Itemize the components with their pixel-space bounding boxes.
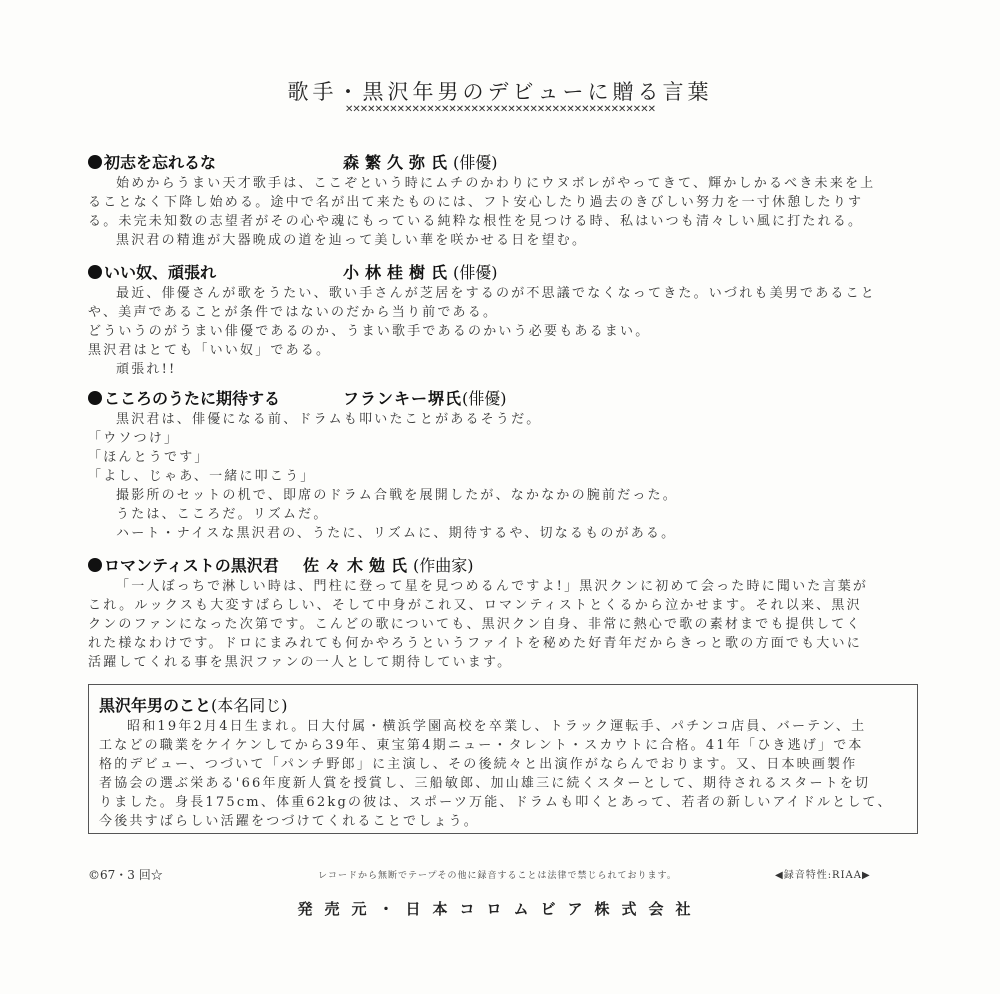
message-section: 初志を忘れるな 森繁久弥氏(俳優) 始めからうまい天才歌手は、ここぞという時にム… [88, 150, 908, 250]
page-title: 歌手・黒沢年男のデビューに贈る言葉 [0, 76, 1000, 106]
decorative-divider: ✕✕✕✕✕✕✕✕✕✕✕✕✕✕✕✕✕✕✕✕✕✕✕✕✕✕✕✕✕✕✕✕✕✕✕✕✕✕✕✕… [300, 104, 700, 115]
body-line: 最近、俳優さんが歌をうたい、歌い手さんが芝居をするのが不思議でなくなってきた。い… [88, 284, 908, 303]
section-heading: ロマンティストの黒沢君 [104, 556, 279, 575]
bullet-icon [88, 155, 102, 169]
body-line: 「よし、じゃあ、一緒に叩こう」 [88, 467, 908, 486]
author-role: (俳優) [453, 263, 498, 282]
body-line: 「一人ぼっちで淋しい時は、門柱に登って星を見つめるんですよ!」黒沢クンに初めて会… [88, 577, 908, 596]
section-heading: 初志を忘れるな [104, 153, 216, 172]
publisher-name: 発売元・日本コロムビア株式会社 [0, 898, 1000, 919]
body-line: りました。身長175cm、体重62kgの彼は、スポーツ万能、ドラムも叩くとあって… [99, 793, 917, 812]
body-line: 黒沢君は、俳優になる前、ドラムも叩いたことがあるそうだ。 [88, 410, 908, 429]
body-line: 工などの職業をケイケンしてから39年、東宝第4期ニュー・タレント・スカウトに合格… [99, 736, 917, 755]
bullet-icon [88, 391, 102, 405]
message-section: いい奴、頑張れ 小林桂樹氏(俳優) 最近、俳優さんが歌をうたい、歌い手さんが芝居… [88, 260, 908, 379]
author-name: 森繁久弥氏 [343, 153, 453, 172]
author-name: フランキー堺氏 [343, 389, 462, 408]
profile-title: 黒沢年男のこと [99, 696, 211, 715]
body-line: ハート・ナイスな黒沢君の、うたに、リズムに、期待するや、切なるものがある。 [88, 524, 908, 543]
author-role: (俳優) [453, 153, 498, 172]
body-line: 「ウソつけ」 [88, 429, 908, 448]
profile-subtitle: (本名同じ) [211, 696, 288, 715]
body-line: れた様なわけです。ドロにまみれても何かやろうというファイトを秘めた好青年だからき… [88, 634, 908, 653]
author-role: (俳優) [462, 389, 507, 408]
body-line: 撮影所のセットの机で、即席のドラム合戦を展開したが、なかなかの腕前だった。 [88, 486, 908, 505]
section-heading: こころのうたに期待する [104, 389, 280, 408]
body-line: うたは、こころだ。リズムだ。 [88, 505, 908, 524]
body-line: 頑張れ!! [88, 360, 908, 379]
body-line: る。未完未知数の志望者がその心や魂にもっている純粋な根性を見つける時、私はいつも… [88, 212, 908, 231]
copyright-mark: ©67・3 回☆ [88, 866, 163, 883]
body-line: 黒沢君の精進が大器晩成の道を辿って美しい華を咲かせる日を望む。 [88, 231, 908, 250]
bullet-icon [88, 265, 102, 279]
author-role: (作曲家) [413, 556, 474, 575]
body-line: 活躍してくれる事を黒沢ファンの一人として期待しています。 [88, 653, 908, 672]
body-line: や、美声であることが条件ではないのだから当り前である。 [88, 303, 908, 322]
body-line: どういうのがうまい俳優であるのか、うまい歌手であるのかいう必要もあるまい。 [88, 322, 908, 341]
body-line: 昭和19年2月4日生まれ。日大付属・横浜学園高校を卒業し、トラック運転手、パチン… [99, 717, 917, 736]
bullet-icon [88, 558, 102, 572]
author-name: 小林桂樹氏 [343, 263, 453, 282]
message-section: ロマンティストの黒沢君 佐々木勉氏(作曲家) 「一人ぼっちで淋しい時は、門柱に登… [88, 553, 908, 672]
recording-notice: レコードから無断でテープその他に録音することは法律で禁じられております。 [318, 868, 677, 881]
body-line: これ。ルックスも大変すばらしい、そして中身がこれ又、ロマンティストとくるから泣か… [88, 596, 908, 615]
section-heading: いい奴、頑張れ [104, 263, 216, 282]
body-line: 黒沢君はとても「いい奴」である。 [88, 341, 908, 360]
riaa-label: ◀録音特性:RIAA▶ [775, 866, 871, 881]
message-section: こころのうたに期待する フランキー堺氏(俳優) 黒沢君は、俳優になる前、ドラムも… [88, 386, 908, 543]
body-line: 「ほんとうです」 [88, 448, 908, 467]
body-line: 者協会の選ぶ栄ある'66年度新人賞を授賞し、三船敏郎、加山雄三に続くスターとして… [99, 774, 917, 793]
body-line: 格的デビュー、つづいて「パンチ野郎」に主演し、その後続々と出演作がならんでおりま… [99, 755, 917, 774]
body-line: クンのファンになった次第です。こんどの歌についても、黒沢クン自身、非常に熱心で歌… [88, 615, 908, 634]
body-line: 始めからうまい天才歌手は、ここぞという時にムチのかわりにウヌボレがやってきて、輝… [88, 174, 908, 193]
author-name: 佐々木勉氏 [303, 556, 413, 575]
body-line: 今後共すばらしい活躍をつづけてくれることでしょう。 [99, 812, 917, 831]
profile-box: 黒沢年男のこと(本名同じ) 昭和19年2月4日生まれ。日大付属・横浜学園高校を卒… [88, 684, 918, 834]
body-line: ることなく下降し始める。途中で名が出て来たものには、フト安心したり過去のきびしい… [88, 193, 908, 212]
